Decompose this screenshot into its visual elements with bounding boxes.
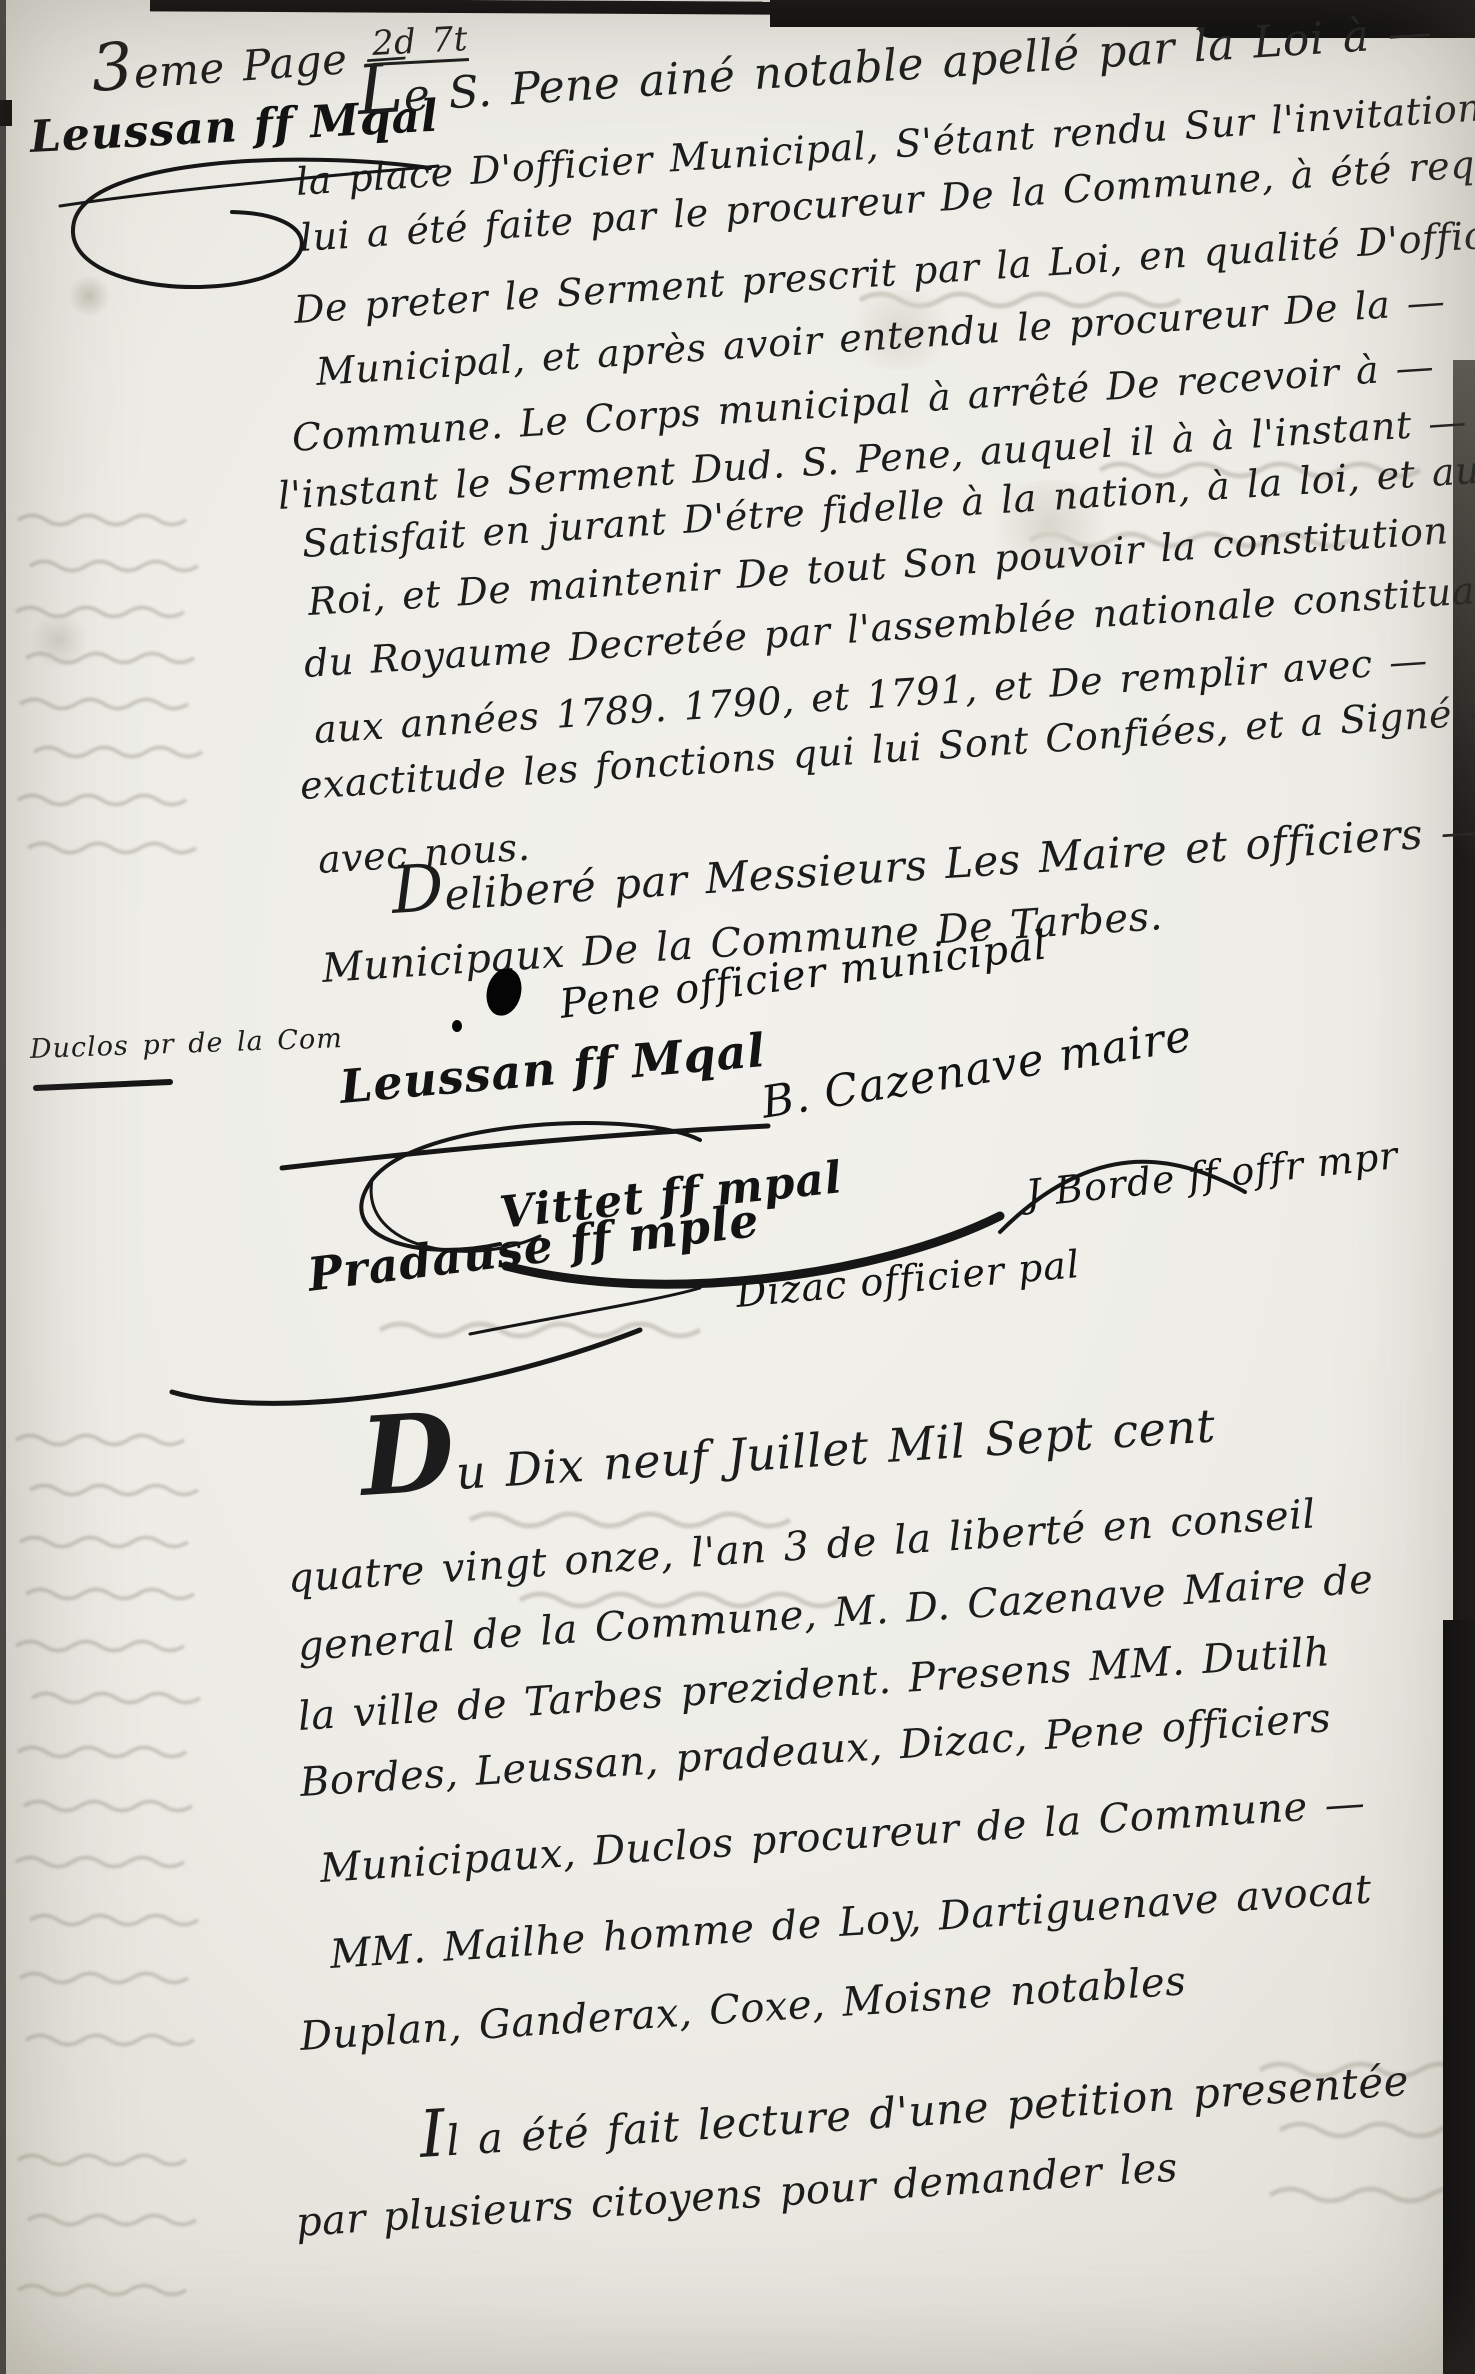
manuscript-line: Duplan, Ganderax, Coxe, Moisne notables [299, 1958, 1188, 2060]
signature-borde: J Borde ff offr mpr [1024, 1133, 1401, 1216]
margin-note: Duclos pr de la Com [29, 1023, 343, 1065]
scan-border-top-middle [770, 0, 1210, 27]
manuscript-line: Municipaux, Duclos procureur de la Commu… [319, 1780, 1367, 1892]
manuscript-line: MM. Mailhe homme de Loy, Dartiguenave av… [329, 1867, 1374, 1978]
scan-border-right-lower [1443, 1620, 1475, 2374]
scan-edge-mark [0, 100, 12, 126]
paper-smudge [66, 276, 112, 316]
manuscript-line: Du Dix neuf Juillet Mil Sept cent [360, 1398, 1217, 1506]
deliberation-line: Deliberé par Messieurs Les Maire et offi… [390, 805, 1475, 923]
signature-cazenave: B. Cazenave maire [758, 1010, 1196, 1128]
ink-blot-small [452, 1020, 462, 1032]
paper-smudge [28, 612, 90, 668]
scan-border-top-left [150, 0, 775, 15]
scan-border-left [0, 0, 6, 2374]
manuscript-scan-page: 3eme Page — 2d 7t Leussan ff Mqal Duclos… [0, 0, 1475, 2374]
manuscript-line: Il a été fait lecture d'une petition pre… [418, 2056, 1410, 2167]
signature-dizac: Dizac officier pal [734, 1242, 1082, 1316]
signature-leussan: Leussan ff Mqal [338, 1023, 768, 1114]
